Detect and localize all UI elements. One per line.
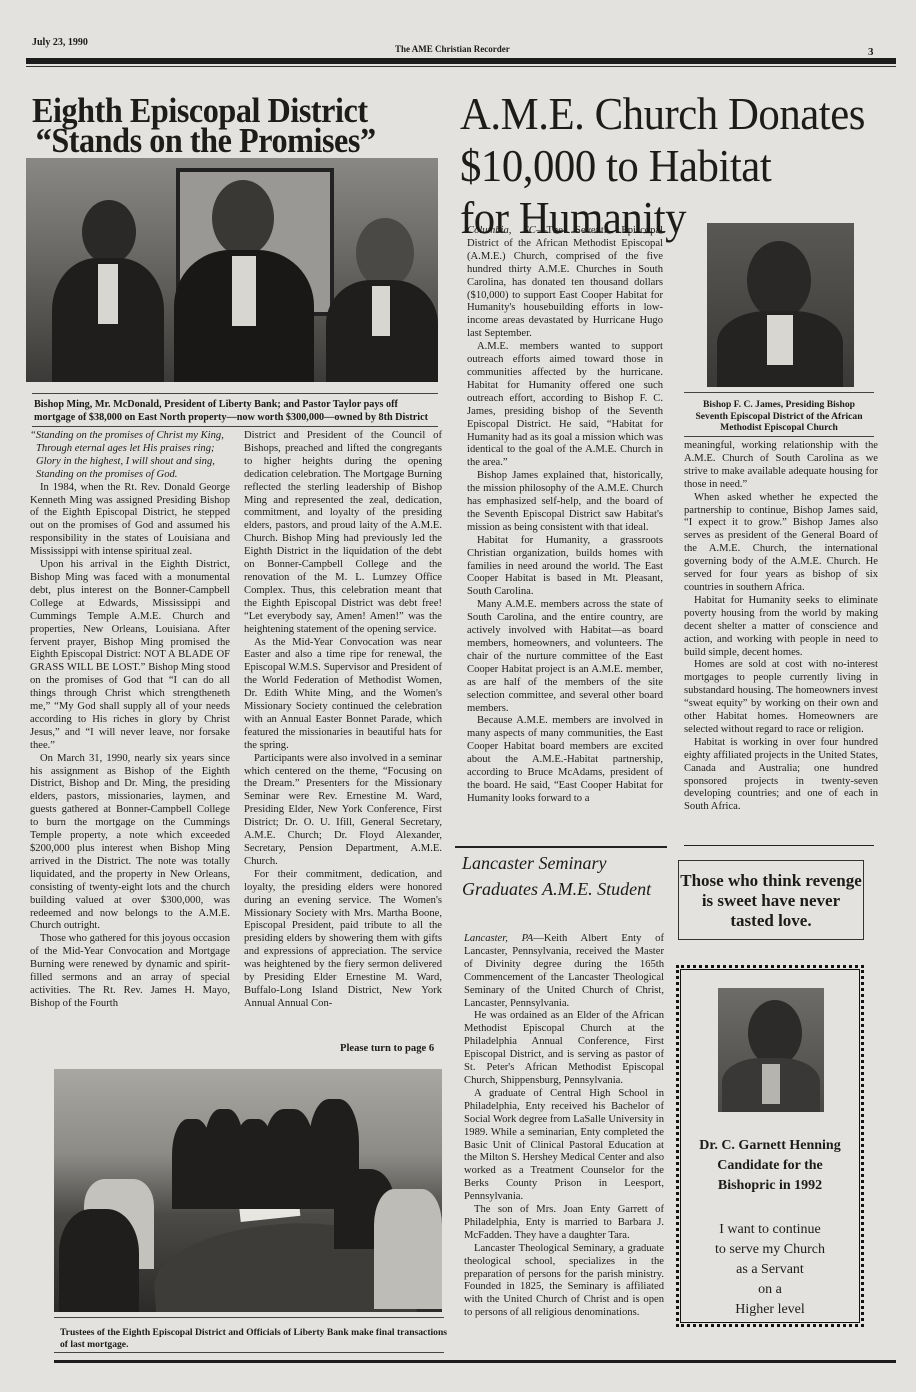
quote-box: Those who think revenge is sweet have ne… xyxy=(678,860,864,940)
candidate-name-block: Dr. C. Garnett Henning Candidate for the… xyxy=(679,1136,861,1196)
paragraph: For their commitment, dedication, and lo… xyxy=(244,869,442,1011)
hymn-quote: “Standing on the promises of Christ my K… xyxy=(30,430,230,482)
poem-line: Standing on the promises of God. xyxy=(30,469,230,482)
section-rule xyxy=(455,846,667,848)
paragraph: Habitat for Humanity seeks to eliminate … xyxy=(684,595,878,660)
paragraph: meaningful, working relationship with th… xyxy=(684,440,878,492)
masthead-rule xyxy=(26,58,896,64)
message-line: I want to continue xyxy=(679,1220,861,1240)
paragraph: Those who gathered for this joyous occas… xyxy=(30,933,230,1010)
photo-bishop-ming-group xyxy=(26,158,438,382)
headline-line: A.M.E. Church Donates xyxy=(460,88,869,140)
paragraph: A.M.E. members wanted to support outreac… xyxy=(467,341,663,470)
paragraph: When asked whether he expected the partn… xyxy=(684,492,878,595)
headline-lancaster: Lancaster Seminary Graduates A.M.E. Stud… xyxy=(462,850,662,902)
poem-line: “Standing on the promises of Christ my K… xyxy=(30,430,230,443)
headline-habitat-donation: A.M.E. Church Donates $10,000 to Habitat… xyxy=(460,88,869,244)
continued-notice: Please turn to page 6 xyxy=(340,1043,434,1054)
lead-text: —Keith Albert Enty of Lancaster, Pennsyl… xyxy=(464,933,664,1009)
issue-date: July 23, 1990 xyxy=(32,37,88,48)
candidate-line: Candidate for the xyxy=(679,1156,861,1176)
habitat-column-2: meaningful, working relationship with th… xyxy=(684,440,878,814)
lancaster-column: Lancaster, PA—Keith Albert Enty of Lanca… xyxy=(464,933,664,1320)
photo-henning xyxy=(718,988,824,1112)
paragraph: As the Mid-Year Convocation was near Eas… xyxy=(244,637,442,753)
section-rule xyxy=(684,845,874,846)
message-line: on a xyxy=(679,1280,861,1300)
paragraph: The son of Mrs. Joan Enty Garrett of Phi… xyxy=(464,1204,664,1243)
paragraph: In 1984, when the Rt. Rev. Donald George… xyxy=(30,482,230,559)
caption-rule xyxy=(684,392,874,393)
headline-eighth-district: Eighth Episcopal District “Stands on the… xyxy=(32,96,418,156)
headline-line: “Stands on the Promises” xyxy=(32,126,418,156)
dateline: Lancaster, PA xyxy=(464,933,533,944)
paragraph: Participants were also involved in a sem… xyxy=(244,753,442,869)
photo-caption-bottom: Trustees of the Eighth Episcopal Distric… xyxy=(60,1327,448,1350)
candidate-ad: Dr. C. Garnett Henning Candidate for the… xyxy=(676,965,864,1327)
caption-rule xyxy=(54,1352,444,1353)
candidate-message: I want to continue to serve my Church as… xyxy=(679,1220,861,1320)
paragraph: He was ordained as an Elder of the Afric… xyxy=(464,1010,664,1087)
paragraph: Lancaster Theological Seminary, a gradua… xyxy=(464,1243,664,1320)
eighth-district-column-1: “Standing on the promises of Christ my K… xyxy=(30,430,230,1011)
paragraph: Habitat for Humanity, a grassroots Chris… xyxy=(467,535,663,600)
caption-rule xyxy=(32,393,438,394)
publication-name: The AME Christian Recorder xyxy=(395,44,510,54)
poem-line: Through eternal ages let His praises rin… xyxy=(30,443,230,456)
caption-rule xyxy=(684,436,874,437)
masthead-rule-thin xyxy=(26,66,896,67)
eighth-district-column-2: District and President of the Council of… xyxy=(244,430,442,1011)
paragraph: On March 31, 1990, nearly six years sinc… xyxy=(30,753,230,934)
paragraph: District and President of the Council of… xyxy=(244,430,442,637)
paragraph: Many A.M.E. members across the state of … xyxy=(467,599,663,715)
paragraph: Bishop James explained that, historicall… xyxy=(467,470,663,535)
dateline: Columbia, SC xyxy=(467,225,536,236)
paragraph: Homes are sold at cost with no-interest … xyxy=(684,659,878,736)
message-line: to serve my Church xyxy=(679,1240,861,1260)
poem-line: Glory in the highest, I will shout and s… xyxy=(30,456,230,469)
lead-paragraph: Lancaster, PA—Keith Albert Enty of Lanca… xyxy=(464,933,664,1010)
paragraph: Habitat is working in over four hundred … xyxy=(684,737,878,814)
paragraph: Because A.M.E. members are involved in m… xyxy=(467,715,663,805)
habitat-column-1: Columbia, SC—The Seventh Episcopal Distr… xyxy=(467,225,663,806)
headline-line: $10,000 to Habitat xyxy=(460,140,869,192)
message-line: as a Servant xyxy=(679,1260,861,1280)
candidate-name: Dr. C. Garnett Henning xyxy=(679,1136,861,1156)
lead-paragraph: Columbia, SC—The Seventh Episcopal Distr… xyxy=(467,225,663,341)
footer-rule xyxy=(54,1360,896,1363)
photo-bishop-james xyxy=(707,223,854,387)
photo-trustees-table xyxy=(54,1069,442,1312)
page-number: 3 xyxy=(868,46,874,58)
lead-text: —The Seventh Episcopal District of the A… xyxy=(467,225,663,339)
caption-rule xyxy=(32,426,438,427)
caption-rule xyxy=(54,1317,444,1318)
candidate-line: Bishopric in 1992 xyxy=(679,1176,861,1196)
quote-text: Those who think revenge is sweet have ne… xyxy=(680,871,862,930)
paragraph: Upon his arrival in the Eighth District,… xyxy=(30,559,230,753)
paragraph: A graduate of Central High School in Phi… xyxy=(464,1088,664,1204)
message-line: Higher level xyxy=(679,1300,861,1320)
photo-caption-top: Bishop Ming, Mr. McDonald, President of … xyxy=(34,398,438,424)
photo-caption-bishop-james: Bishop F. C. James, Presiding Bishop Sev… xyxy=(686,399,872,434)
